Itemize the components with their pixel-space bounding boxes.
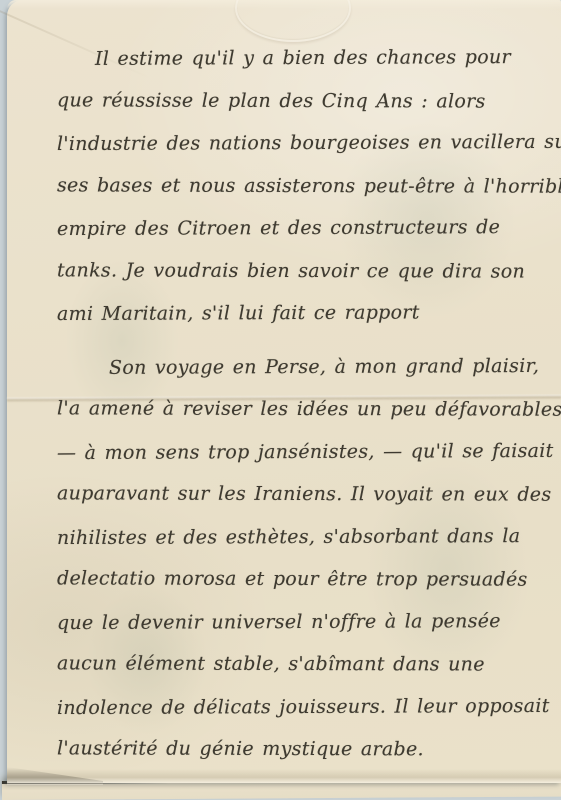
letter-line: ami Maritain, s'il lui fait ce rapport <box>57 291 543 336</box>
blind-emboss-stamp <box>235 0 351 42</box>
letter-line: empire des Citroen et des constructeurs … <box>57 206 543 251</box>
letter-photograph: Il estime qu'il y a bien des chances pou… <box>0 0 561 800</box>
letter-line: que le devenir universel n'offre à la pe… <box>57 599 543 644</box>
letter-paper: Il estime qu'il y a bien des chances pou… <box>7 0 561 783</box>
letter-paragraph-1: Il estime qu'il y a bien des chances pou… <box>57 37 543 335</box>
letter-body: Il estime qu'il y a bien des chances pou… <box>57 37 543 771</box>
letter-line: l'industrie des nations bourgeoises en v… <box>57 121 543 166</box>
letter-line: delectatio morosa et pour être trop pers… <box>57 557 543 601</box>
letter-line: auparavant sur les Iraniens. Il voyait e… <box>57 472 543 516</box>
letter-line: tanks. Je voudrais bien savoir ce que di… <box>57 249 543 293</box>
letter-line: que réussisse le plan des Cinq Ans : alo… <box>57 79 543 123</box>
paper-corner-nick <box>7 767 103 785</box>
letter-line: aucun élément stable, s'abîmant dans une <box>57 642 543 686</box>
letter-line: l'austérité du génie mystique arabe. <box>57 727 543 771</box>
letter-line: l'a amené à reviser les idées un peu déf… <box>57 387 543 431</box>
letter-paragraph-2: Son voyage en Perse, à mon grand plaisir… <box>57 346 543 771</box>
letter-line: — à mon sens trop jansénistes, — qu'il s… <box>57 429 543 474</box>
letter-line: Son voyage en Perse, à mon grand plaisir… <box>57 344 543 389</box>
letter-line: indolence de délicats jouisseurs. Il leu… <box>57 684 543 729</box>
letter-line: nihilistes et des esthètes, s'absorbant … <box>57 514 543 559</box>
letter-line: Il estime qu'il y a bien des chances pou… <box>57 36 543 81</box>
letter-line: ses bases et nous assisterons peut-être … <box>57 164 543 208</box>
